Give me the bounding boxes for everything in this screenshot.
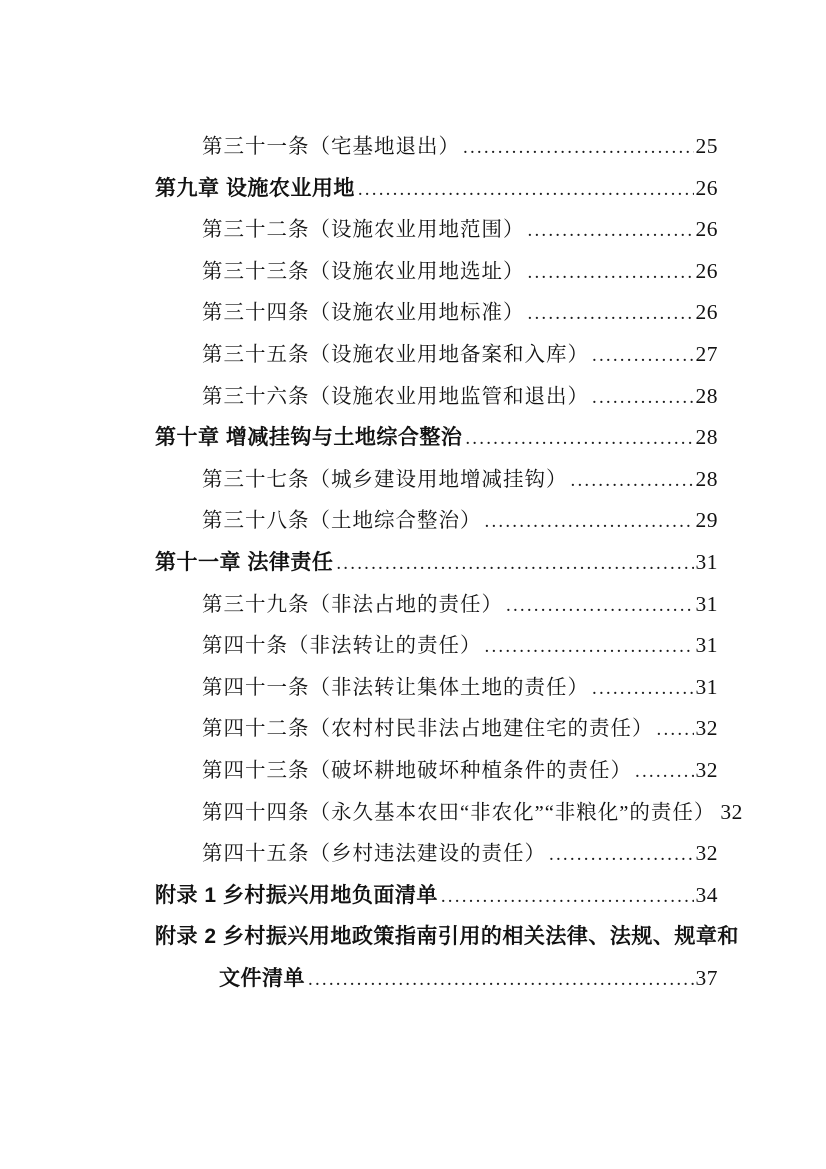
toc-dot-leader (336, 543, 693, 585)
toc-list: 第三十一条（宅基地退出） 25 第九章 设施农业用地 26 第三十二条（设施农业… (155, 126, 718, 999)
toc-entry[interactable]: 附录 1 乡村振兴用地负面清单 34 (155, 875, 718, 917)
toc-entry[interactable]: 第四十一条（非法转让集体土地的责任） 31 (155, 667, 718, 709)
toc-entry-label: 第四十二条（农村村民非法占地建住宅的责任） (202, 709, 654, 751)
toc-entry-label: 附录 2 乡村振兴用地政策指南引用的相关法律、法规、规章和 (155, 916, 739, 958)
toc-entry-label: 第四十四条（永久基本农田“非农化”“非粮化”的责任） (202, 793, 715, 835)
toc-entry[interactable]: 第十一章 法律责任 31 (155, 542, 718, 584)
toc-entry[interactable]: 第三十九条（非法占地的责任） 31 (155, 584, 718, 626)
toc-entry-label: 第三十四条（设施农业用地标准） (202, 293, 525, 335)
toc-entry-label: 第三十三条（设施农业用地选址） (202, 252, 525, 294)
toc-dot-leader (549, 834, 694, 876)
toc-page-number: 28 (696, 417, 719, 459)
toc-dot-leader (571, 460, 694, 502)
toc-dot-leader (358, 169, 694, 211)
toc-page-number: 32 (720, 792, 743, 834)
toc-entry[interactable]: 文件清单 37 (155, 958, 718, 1000)
toc-dot-leader (592, 377, 694, 419)
toc-entry[interactable]: 第十章 增减挂钩与土地综合整治 28 (155, 417, 718, 459)
toc-entry[interactable]: 第九章 设施农业用地 26 (155, 168, 718, 210)
toc-entry[interactable]: 第三十二条（设施农业用地范围） 26 (155, 209, 718, 251)
toc-entry[interactable]: 第三十四条（设施农业用地标准） 26 (155, 292, 718, 334)
toc-entry-label: 第四十一条（非法转让集体土地的责任） (202, 668, 589, 710)
toc-dot-leader (441, 876, 694, 918)
toc-entry-label: 第三十九条（非法占地的责任） (202, 585, 503, 627)
toc-entry[interactable]: 第三十七条（城乡建设用地增减挂钩） 28 (155, 459, 718, 501)
toc-entry[interactable]: 第三十八条（土地综合整治） 29 (155, 500, 718, 542)
toc-entry-label: 第十一章 法律责任 (155, 542, 333, 584)
toc-page-number: 32 (696, 750, 719, 792)
toc-entry-label: 第四十五条（乡村违法建设的责任） (202, 834, 546, 876)
toc-page-number: 29 (696, 500, 719, 542)
toc-entry-label: 第四十三条（破坏耕地破坏种植条件的责任） (202, 751, 632, 793)
toc-entry-label: 第三十五条（设施农业用地备案和入库） (202, 335, 589, 377)
document-page: 第三十一条（宅基地退出） 25 第九章 设施农业用地 26 第三十二条（设施农业… (0, 0, 826, 1169)
toc-dot-leader (308, 959, 694, 1001)
toc-dot-leader (528, 293, 694, 335)
toc-dot-leader (592, 335, 694, 377)
toc-entry-label: 第三十六条（设施农业用地监管和退出） (202, 377, 589, 419)
toc-page-number: 27 (696, 334, 719, 376)
toc-dot-leader (463, 127, 694, 169)
toc-entry[interactable]: 第三十三条（设施农业用地选址） 26 (155, 251, 718, 293)
toc-page-number: 32 (696, 708, 719, 750)
toc-page-number: 28 (696, 376, 719, 418)
toc-entry[interactable]: 第三十六条（设施农业用地监管和退出） 28 (155, 376, 718, 418)
toc-dot-leader (485, 501, 694, 543)
toc-page-number: 37 (696, 958, 719, 1000)
toc-entry-label: 第十章 增减挂钩与土地综合整治 (155, 417, 462, 459)
toc-entry[interactable]: 附录 2 乡村振兴用地政策指南引用的相关法律、法规、规章和 (155, 916, 718, 958)
toc-entry[interactable]: 第四十条（非法转让的责任） 31 (155, 625, 718, 667)
toc-page-number: 26 (696, 209, 719, 251)
toc-dot-leader (528, 210, 694, 252)
toc-page-number: 26 (696, 251, 719, 293)
toc-entry-label: 第三十七条（城乡建设用地增减挂钩） (202, 460, 568, 502)
toc-entry[interactable]: 第三十一条（宅基地退出） 25 (155, 126, 718, 168)
toc-dot-leader (485, 626, 694, 668)
toc-page-number: 32 (696, 833, 719, 875)
toc-entry[interactable]: 第四十四条（永久基本农田“非农化”“非粮化”的责任） 32 (155, 792, 718, 834)
toc-entry-label: 第三十二条（设施农业用地范围） (202, 210, 525, 252)
toc-dot-leader (465, 418, 693, 460)
toc-entry[interactable]: 第四十五条（乡村违法建设的责任） 32 (155, 833, 718, 875)
toc-entry-label: 第三十八条（土地综合整治） (202, 501, 482, 543)
toc-page-number: 31 (696, 584, 719, 626)
toc-dot-leader (506, 585, 694, 627)
toc-page-number: 28 (696, 459, 719, 501)
toc-entry[interactable]: 第三十五条（设施农业用地备案和入库） 27 (155, 334, 718, 376)
toc-entry-label: 第四十条（非法转让的责任） (202, 626, 482, 668)
toc-entry[interactable]: 第四十三条（破坏耕地破坏种植条件的责任） 32 (155, 750, 718, 792)
toc-entry-label: 第三十一条（宅基地退出） (202, 127, 460, 169)
toc-page-number: 31 (696, 667, 719, 709)
toc-entry[interactable]: 第四十二条（农村村民非法占地建住宅的责任） 32 (155, 708, 718, 750)
toc-page-number: 25 (696, 126, 719, 168)
toc-dot-leader (635, 751, 694, 793)
toc-page-number: 26 (696, 168, 719, 210)
toc-page-number: 34 (696, 875, 719, 917)
toc-entry-label: 第九章 设施农业用地 (155, 168, 355, 210)
toc-dot-leader (592, 668, 694, 710)
toc-entry-label: 附录 1 乡村振兴用地负面清单 (155, 875, 438, 917)
toc-entry-label: 文件清单 (219, 958, 305, 1000)
toc-page-number: 31 (696, 625, 719, 667)
toc-dot-leader (657, 709, 694, 751)
toc-dot-leader (528, 252, 694, 294)
toc-page-number: 31 (696, 542, 719, 584)
toc-page-number: 26 (696, 292, 719, 334)
